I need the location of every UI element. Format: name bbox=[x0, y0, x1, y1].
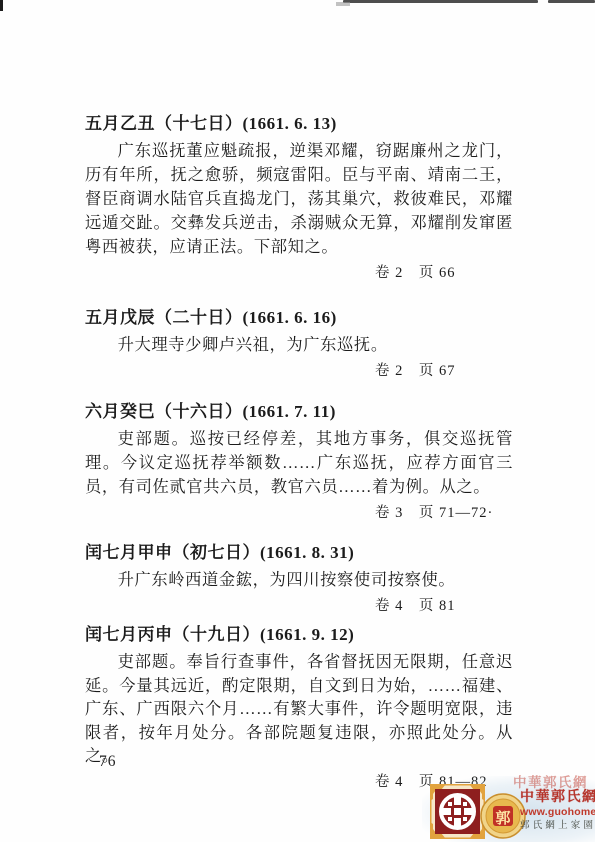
scan-artifact-line bbox=[343, 0, 538, 3]
entry-date-heading: 闰七月甲申（初七日）(1661. 8. 31) bbox=[85, 540, 513, 566]
chronicle-entry: 六月癸巳（十六日）(1661. 7. 11) 吏部题。巡按已经停差，其地方事务，… bbox=[85, 399, 513, 522]
page-number: 76 bbox=[99, 753, 117, 771]
entry-date-heading: 五月戊辰（二十日）(1661. 6. 16) bbox=[85, 305, 513, 331]
volume-page-citation: 卷 4 页 81 bbox=[85, 598, 513, 615]
chronicle-entry: 闰七月丙申（十九日）(1661. 9. 12) 吏部题。奉旨行查事件，各省督抚因… bbox=[85, 622, 513, 791]
scan-artifact-line bbox=[548, 0, 595, 3]
entry-date-heading: 五月乙丑（十七日）(1661. 6. 13) bbox=[85, 111, 513, 137]
entry-date-heading: 六月癸巳（十六日）(1661. 7. 11) bbox=[85, 399, 513, 425]
entry-body-text: 升广东岭西道金鋐，为四川按察使司按察使。 bbox=[85, 568, 513, 592]
volume-page-citation: 卷 2 页 67 bbox=[85, 363, 513, 380]
site-url: www.guohome.org bbox=[520, 806, 595, 819]
seal-character: 郭 bbox=[495, 809, 510, 827]
entry-body-text: 广东巡抚董应魁疏报，逆渠邓耀，窃踞廉州之龙门，历有年所，抚之愈骄，频寇雷阳。臣与… bbox=[85, 139, 513, 259]
entry-body-text: 吏部题。奉旨行查事件，各省督抚因无限期，任意迟延。今量其远近，酌定限期，自文到日… bbox=[85, 650, 513, 768]
site-name-ghost: 中華郭氏網 bbox=[513, 776, 595, 790]
chronicle-entry: 闰七月甲申（初七日）(1661. 8. 31) 升广东岭西道金鋐，为四川按察使司… bbox=[85, 540, 513, 615]
entry-body-text: 吏部题。巡按已经停差，其地方事务，俱交巡抚管理。今议定巡抚荐举额数……广东巡抚，… bbox=[85, 427, 513, 499]
clan-emblem-icon bbox=[430, 784, 485, 839]
chronicle-entry: 五月乙丑（十七日）(1661. 6. 13) 广东巡抚董应魁疏报，逆渠邓耀，窃踞… bbox=[85, 111, 513, 282]
volume-page-citation: 卷 2 页 66 bbox=[85, 265, 513, 282]
site-name: 中華郭氏網 bbox=[520, 790, 595, 806]
scan-artifact-smudge bbox=[336, 2, 350, 6]
site-slogan: 郭氏網上家園 bbox=[520, 820, 595, 833]
entry-date-heading: 闰七月丙申（十九日）(1661. 9. 12) bbox=[85, 622, 513, 648]
entry-body-text: 升大理寺少卿卢兴祖，为广东巡抚。 bbox=[85, 333, 513, 357]
watermark-text-block: 中華郭氏網 中華郭氏網 www.guohome.org 郭氏網上家園 bbox=[520, 776, 595, 833]
scan-artifact-mark bbox=[0, 0, 3, 11]
scanned-book-page: 五月乙丑（十七日）(1661. 6. 13) 广东巡抚董应魁疏报，逆渠邓耀，窃踞… bbox=[0, 0, 595, 842]
site-watermark-stamp: 郭 中華郭氏網 中華郭氏網 www.guohome.org 郭氏網上家園 bbox=[428, 780, 595, 841]
volume-page-citation: 卷 3 页 71—72· bbox=[85, 505, 513, 522]
chronicle-entry: 五月戊辰（二十日）(1661. 6. 16) 升大理寺少卿卢兴祖，为广东巡抚。 … bbox=[85, 305, 513, 380]
